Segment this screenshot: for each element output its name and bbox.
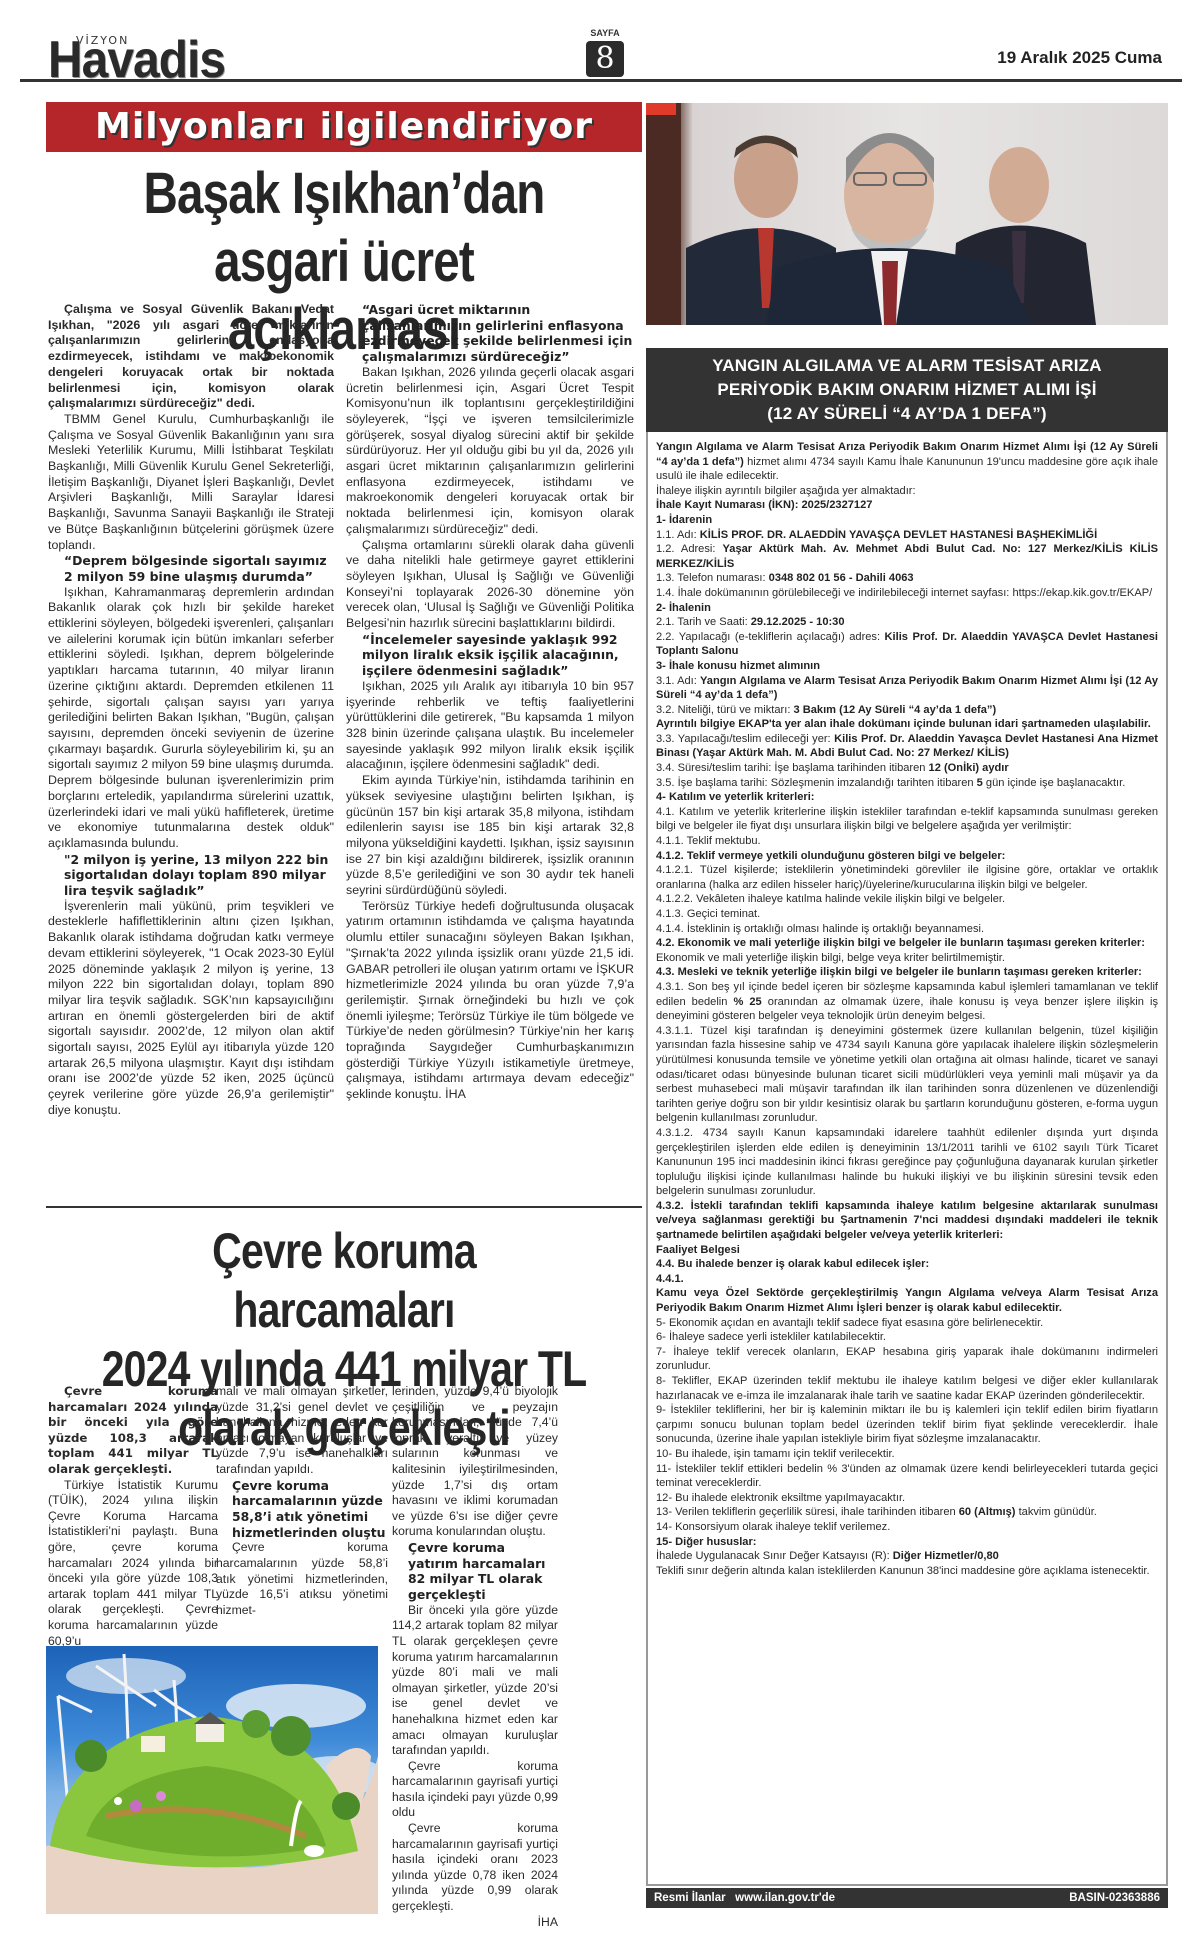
paragraph: Terörsüz Türkiye hedefi doğrultusunda ol…: [346, 899, 634, 1103]
clause: 13- Verilen tekliflerin geçerlilik süres…: [656, 1505, 1158, 1520]
clause-item: Kamu veya Özel Sektörde gerçekleştirilmi…: [656, 1287, 1158, 1314]
field-label: 3.2. Niteliği, türü ve miktarı:: [656, 704, 794, 716]
paragraph: Bakan Işıkhan, 2026 yılında geçerli olac…: [346, 365, 634, 538]
field-label: 1.2. Adresi:: [656, 543, 722, 555]
clause: 4.3.1.1. Tüzel kişi tarafından iş deneyi…: [656, 1024, 1158, 1126]
footer-code: BASIN-02363886: [1069, 1888, 1160, 1908]
section-heading: 1- İdarenin: [656, 514, 712, 526]
field-label: 2.2. Yapılacağı (e-tekliflerin açılacağı…: [656, 631, 885, 643]
page-indicator: SAYFA 8: [586, 28, 624, 77]
subheading: Çevre koruma harcamalarının yüzde 58,8’i…: [216, 1478, 388, 1541]
paragraph: Çevre koruma harcamalarının yüzde 58,8’i…: [216, 1540, 388, 1618]
page-number: 8: [586, 41, 624, 77]
paragraph: Işıkhan, 2025 yılı Aralık ayı itibarıyla…: [346, 679, 634, 773]
lead-paragraph: Çevre koruma harcamaları 2024 yılında bi…: [48, 1384, 218, 1478]
clause: 4.1.2.1. Tüzel kişilerde; isteklilerin y…: [656, 863, 1158, 892]
field-value: Yaşar Aktürk Mah. Av. Mehmet Abdi Bulut …: [656, 543, 1158, 570]
field-label: gün içinde işe başlanacaktır.: [983, 777, 1125, 789]
subheading: “Deprem bölgesinde sigortalı sayımız 2 m…: [48, 553, 334, 584]
article-divider: [46, 1206, 642, 1208]
phone-number: 0348 802 01 56 - Dahili 4063: [769, 572, 914, 584]
clause: 6- İhaleye sadece yerli istekliler katıl…: [656, 1330, 1158, 1345]
field-value: 3 Bakım (12 Ay Süreli “4 ay’da 1 defa”): [794, 704, 997, 716]
tender-footer: Resmi İlanlar www.ilan.gov.tr'de BASIN-0…: [646, 1888, 1168, 1908]
news-agency-credit: İHA: [392, 1915, 558, 1931]
paragraph: Çevre koruma harcamalarının gayrisafi yu…: [392, 1821, 558, 1915]
article1-column-2: “Asgari ücret miktarının çalışanlarımızı…: [346, 302, 634, 1103]
clause: Teklifi sınır değerin altında kalan iste…: [656, 1564, 1158, 1579]
paragraph: lerinden, yüzde 9,4’ü biyolojik çeşitlil…: [392, 1384, 558, 1540]
clause-heading: 4.3.2. İstekli tarafından teklifi kapsam…: [656, 1200, 1158, 1241]
minister-photo: [646, 103, 1168, 325]
article2-column-3: lerinden, yüzde 9,4’ü biyolojik çeşitlil…: [392, 1384, 558, 1930]
subheading: “Asgari ücret miktarının çalışanlarımızı…: [346, 302, 634, 365]
paragraph: Işıkhan, Kahramanmaraş depremlerin ardın…: [48, 585, 334, 852]
clause: 14- Konsorsiyum olarak ihaleye teklif ve…: [656, 1520, 1158, 1535]
paragraph: mali ve mali olmayan şirketler, yüzde 31…: [216, 1384, 388, 1478]
masthead-logo: VİZYON Havadis: [48, 28, 240, 86]
field-label: 1.3. Telefon numarası:: [656, 572, 769, 584]
footer-source: Resmi İlanlar www.ilan.gov.tr'de: [654, 1888, 835, 1908]
clause: 10- Bu ihalede, işin tamamı için teklif …: [656, 1447, 1158, 1462]
field-value: 12 (Onİki) aydır: [929, 762, 1009, 774]
clause: 4.1.3. Geçici teminat.: [656, 907, 1158, 922]
clause: 8- Teklifler, EKAP üzerinden teklif mekt…: [656, 1374, 1158, 1403]
section-heading: 2- İhalenin: [656, 602, 711, 614]
field-label: 3.3. Yapılacağı/teslim edileceği yer:: [656, 733, 834, 745]
clause: 12- Bu ihalede elektronik eksiltme yapıl…: [656, 1491, 1158, 1506]
ekap-url: 1.4. İhale dokümanının görülebileceği ve…: [656, 586, 1158, 601]
paragraph: İşverenlerin mali yükünü, prim teşvikler…: [48, 899, 334, 1119]
title-line: YANGIN ALGILAMA VE ALARM TESİSAT ARIZA: [646, 354, 1168, 378]
clause-item: Faaliyet Belgesi: [656, 1244, 740, 1256]
clause-heading: 4.3. Mesleki ve teknik yeterliğe ilişkin…: [656, 966, 1142, 978]
clause-heading: 4.2. Ekonomik ve mali yeterliğe ilişkin …: [656, 937, 1145, 949]
clause-heading: 4.1.2. Teklif vermeye yetkili olunduğunu…: [656, 850, 1005, 862]
tender-intro: Yangın Algılama ve Alarm Tesisat Arıza P…: [656, 440, 1158, 484]
green-earth-in-hand-illustration: [46, 1646, 378, 1914]
paragraph: Bir önceki yıla göre yüzde 114,2 artarak…: [392, 1603, 558, 1759]
field-label: 3.1. Adı:: [656, 675, 700, 687]
section-heading: 15- Diğer hususlar:: [656, 1536, 757, 1548]
paragraph: Türkiye İstatistik Kurumu (TÜİK), 2024 y…: [48, 1478, 218, 1650]
tender-intro-2: İhaleye ilişkin ayrıntılı bilgiler aşağı…: [656, 484, 1158, 499]
headline-line: Başak Işıkhan’dan: [98, 160, 590, 228]
section-heading: 4- Katılım ve yeterlik kriterleri:: [656, 791, 814, 803]
clause: 4.1.4. İsteklinin iş ortaklığı olması ha…: [656, 922, 1158, 937]
title-line: PERİYODİK BAKIM ONARIM HİZMET ALIMI İŞİ: [646, 378, 1168, 402]
subheading: "2 milyon iş yerine, 13 milyon 222 bin s…: [48, 852, 334, 899]
field-label: 3.5. İşe başlama tarihi: Sözleşmenin imz…: [656, 777, 977, 789]
paragraph: Ekim ayında Türkiye’nin, istihdamda tari…: [346, 773, 634, 899]
tender-datetime: 29.12.2025 - 10:30: [751, 616, 845, 628]
article1-column-1: Çalışma ve Sosyal Güvenlik Bakanı Vedat …: [48, 302, 334, 1119]
page-label: SAYFA: [586, 28, 624, 38]
section-heading: 3- İhale konusu hizmet alımının: [656, 660, 820, 672]
field-value: KİLİS PROF. DR. ALAEDDİN YAVAŞÇA DEVLET …: [700, 529, 1097, 541]
eco-photo: [46, 1646, 378, 1914]
field-label: 2.1. Tarih ve Saati:: [656, 616, 751, 628]
field-label: 1.1. Adı:: [656, 529, 700, 541]
tender-body: Yangın Algılama ve Alarm Tesisat Arıza P…: [656, 440, 1158, 1578]
headline-line: Çevre koruma harcamaları: [98, 1222, 590, 1340]
paragraph: Çalışma ortamlarını sürekli olarak daha …: [346, 538, 634, 632]
field-label: 3.4. Süresi/teslim tarihi: İşe başlama t…: [656, 762, 929, 774]
clause: 4.1.2.2. Vekâleten ihaleye katılma halin…: [656, 892, 1158, 907]
article2-column-2: mali ve mali olmayan şirketler, yüzde 31…: [216, 1384, 388, 1618]
clause: Ekonomik ve mali yeterliğe ilişkin bilgi…: [656, 951, 1158, 966]
article2-column-1: Çevre koruma harcamaları 2024 yılında bi…: [48, 1384, 218, 1649]
paragraph: TBMM Genel Kurulu, Cumhurbaşkanlığı ile …: [48, 412, 334, 553]
clause: 4.1.1. Teklif mektubu.: [656, 834, 1158, 849]
clause-heading: 4.4. Bu ihalede benzer iş olarak kabul e…: [656, 1258, 929, 1270]
article1-kicker: Milyonları ilgilendiriyor: [46, 102, 642, 152]
clause: 11- İstekliler teklif ettikleri bedelin …: [656, 1462, 1158, 1491]
paragraph: Çevre koruma harcamalarının gayrisafi yu…: [392, 1759, 558, 1821]
tender-ikn: İhale Kayıt Numarası (İKN): 2025/2327127: [656, 499, 872, 511]
field-value: Yangın Algılama ve Alarm Tesisat Arıza P…: [656, 675, 1158, 702]
clause: 4.1. Katılım ve yeterlik kriterlerine il…: [656, 805, 1158, 834]
clause: 4.3.1.2. 4734 sayılı Kanun kapsamındaki …: [656, 1126, 1158, 1199]
issue-date: 19 Aralık 2025 Cuma: [997, 48, 1162, 68]
clause: 4.3.1. Son beş yıl içinde bedel içeren b…: [656, 980, 1158, 1024]
clause: 5- Ekonomik açıdan en avantajlı teklif s…: [656, 1316, 1158, 1331]
clause: İhalede Uygulanacak Sınır Değer Katsayıs…: [656, 1549, 1158, 1564]
subheading: Çevre koruma yatırım harcamaları 82 mily…: [392, 1540, 558, 1603]
subheading: “İncelemeler sayesinde yaklaşık 992 mily…: [346, 632, 634, 679]
clause-heading: 4.4.1.: [656, 1273, 684, 1285]
field-note: Ayrıntılı bilgiye EKAP'ta yer alan ihale…: [656, 718, 1151, 730]
tender-title: YANGIN ALGILAMA VE ALARM TESİSAT ARIZA P…: [646, 348, 1168, 432]
title-line: (12 AY SÜRELİ “4 AY’DA 1 DEFA”): [646, 402, 1168, 426]
clause: 9- İstekliler tekliflerini, her bir iş k…: [656, 1403, 1158, 1447]
three-men-in-suits-photo: [646, 103, 1168, 325]
clause: 7- İhaleye teklif verecek olanların, EKA…: [656, 1345, 1158, 1374]
lead-paragraph: Çalışma ve Sosyal Güvenlik Bakanı Vedat …: [48, 302, 334, 412]
masthead-divider: [20, 79, 1182, 82]
